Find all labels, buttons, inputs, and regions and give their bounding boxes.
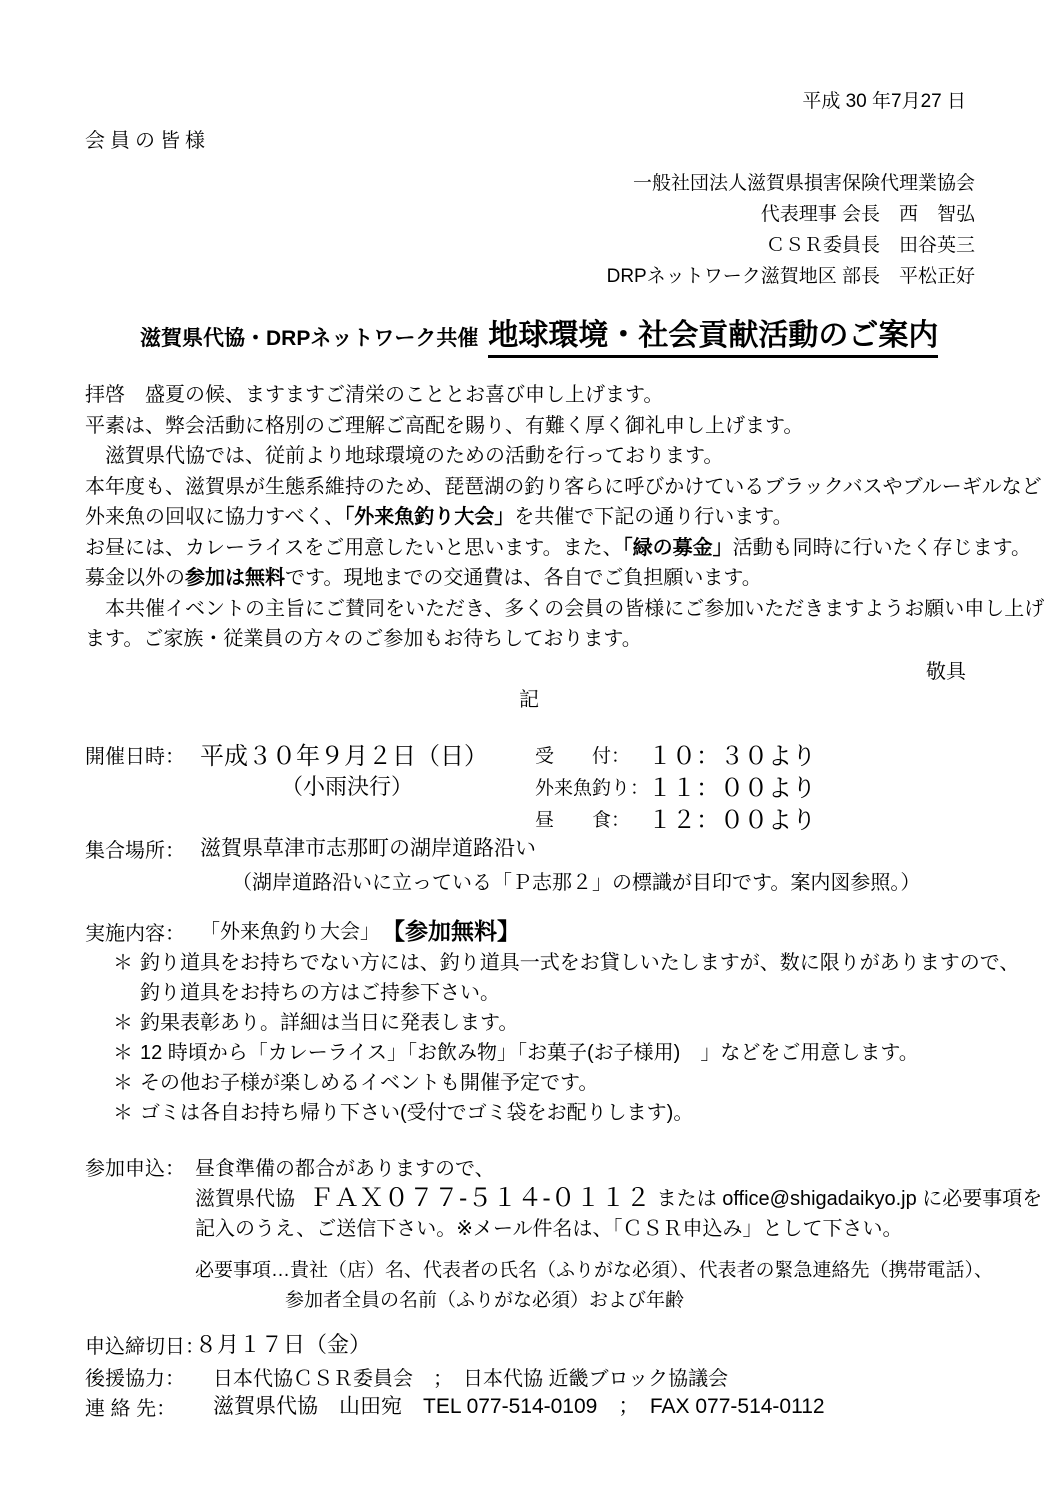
required-items-line-2: 参加者全員の名前（ふりがな必須）および年齢 — [285, 1285, 684, 1312]
application-line-2: 滋賀県代協 ＦＡＸ０７７-５１４-０１１２ または office@shigada… — [195, 1178, 1042, 1214]
contents-event-name: 「外来魚釣り大会」 — [200, 915, 380, 944]
title-prefix: 滋賀県代協・DRPネットワーク共催 — [140, 322, 478, 352]
schedule-date: 平成３０年９月２日（日） — [200, 736, 488, 771]
sender-drp-chief: DRPネットワーク滋賀地区 部長 平松正好 — [607, 261, 975, 292]
document-date: 平成 30 年7月27 日 — [802, 86, 966, 113]
body-text: お昼には、カレーライスをご用意したいと思います。また、 — [85, 537, 623, 559]
support-value: 日本代協ＣＳＲ委員会 ； 日本代協 近畿ブロック協議会 — [213, 1362, 728, 1391]
body-text: を共催で下記の通り行います。 — [514, 506, 792, 528]
body-text: です。現地までの交通費は、各自でご負担願います。 — [285, 567, 762, 589]
schedule-time-label-reception: 受 付： — [535, 741, 630, 768]
body-text: 募金以外の — [85, 567, 185, 589]
free-participation-bold: 参加は無料 — [185, 567, 285, 589]
greeting-paragraph: 拝啓 盛夏の候、ますますご清栄のこととお喜び申し上げます。 平素は、弊会活動に格… — [85, 380, 1044, 655]
bullet-item: ＊釣果表彰あり。詳細は当日に発表します。 — [113, 1008, 1019, 1038]
bullet-text: 釣り道具をお持ちの方はご持参下さい。 — [140, 982, 500, 1004]
record-marker: 記 — [0, 683, 1058, 712]
sender-block: 一般社団法人滋賀県損害保険代理業協会 代表理事 会長 西 智弘 ＣＳＲ委員長 田… — [607, 168, 975, 292]
body-line: 本共催イベントの主旨にご賛同をいただき、多くの会員の皆様にご参加いただきますよう… — [85, 594, 1044, 625]
schedule-time-value-lunch: １２：００より — [648, 800, 816, 835]
bullet-text: ゴミは各自お持ち帰り下さい(受付でゴミ袋をお配りします)。 — [140, 1102, 693, 1124]
schedule-label: 開催日時： — [85, 740, 185, 769]
sender-chairman: 代表理事 会長 西 智弘 — [607, 199, 975, 230]
body-line: 平素は、弊会活動に格別のご理解ご高配を賜り、有難く厚く御礼申し上げます。 — [85, 411, 1044, 442]
bullet-item: ＊釣り道具をお持ちでない方には、釣り道具一式をお貸しいたしますが、数に限りがあり… — [113, 948, 1019, 978]
body-line: 外来魚の回収に協力すべく、「外来魚釣り大会」を共催で下記の通り行います。 — [85, 502, 1044, 533]
application-email-text: または office@shigadaikyo.jp に必要事項を — [657, 1182, 1043, 1211]
application-label: 参加申込： — [85, 1152, 185, 1181]
body-text: 外来魚の回収に協力すべく、 — [85, 506, 344, 528]
schedule-time-label-lunch: 昼 食： — [535, 805, 630, 832]
support-label: 後援協力： — [85, 1362, 185, 1391]
deadline-value: ８月１７日（金） — [195, 1328, 371, 1359]
meeting-place-note: （湖岸道路沿いに立っている「Ｐ志那２」の標識が目印です。案内図参照。） — [232, 866, 920, 895]
recipient-line: 会員の皆様 — [85, 124, 210, 153]
bullet-item-continuation: 釣り道具をお持ちの方はご持参下さい。 — [113, 978, 1019, 1008]
bullet-item: ＊その他お子様が楽しめるイベントも開催予定です。 — [113, 1068, 1019, 1098]
body-text: 活動も同時に行いたく存じます。 — [733, 537, 1031, 559]
bullet-marker: ＊ — [113, 1098, 140, 1128]
required-items-line-1: 必要事項…貴社（店）名、代表者の氏名（ふりがな必須）、代表者の緊急連絡先（携帯電… — [195, 1255, 993, 1282]
bullet-marker: ＊ — [113, 1068, 140, 1098]
free-participation-badge: 【参加無料】 — [382, 913, 520, 946]
closing-word: 敬具 — [926, 655, 966, 684]
body-line: お昼には、カレーライスをご用意したいと思います。また、「緑の募金」活動も同時に行… — [85, 533, 1044, 564]
application-org: 滋賀県代協 — [195, 1182, 295, 1211]
contents-label: 実施内容： — [85, 917, 185, 946]
schedule-time-value-reception: １０：３０より — [648, 736, 816, 771]
schedule-rain-note: （小雨決行） — [281, 770, 413, 801]
body-line: 募金以外の参加は無料です。現地までの交通費は、各自でご負担願います。 — [85, 563, 1044, 594]
contact-label: 連 絡 先： — [85, 1392, 176, 1421]
body-line: 滋賀県代協では、従前より地球環境のための活動を行っております。 — [85, 441, 1044, 472]
bullet-text: 12 時頃から「カレーライス」「お飲み物」「お菓子(お子様用) 」などをご用意し… — [140, 1042, 919, 1064]
body-line: 本年度も、滋賀県が生態系維持のため、琵琶湖の釣り客らに呼びかけているブラックバス… — [85, 472, 1044, 503]
bullet-item: ＊ゴミは各自お持ち帰り下さい(受付でゴミ袋をお配りします)。 — [113, 1098, 1019, 1128]
green-fund-bold: 「緑の募金」 — [623, 537, 733, 559]
event-title: 滋賀県代協・DRPネットワーク共催 地球環境・社会貢献活動のご案内 — [140, 310, 938, 358]
application-line-3: 記入のうえ、ご送信下さい。※メール件名は、「ＣＳＲ申込み」として下さい。 — [195, 1212, 903, 1241]
contents-value: 「外来魚釣り大会」 【参加無料】 — [200, 913, 520, 946]
body-line: 拝啓 盛夏の候、ますますご清栄のこととお喜び申し上げます。 — [85, 380, 1044, 411]
bullet-marker: ＊ — [113, 1038, 140, 1068]
application-line-1: 昼食準備の都合がありますので、 — [195, 1152, 495, 1181]
meeting-place-label: 集合場所： — [85, 834, 185, 863]
bullet-marker: ＊ — [113, 948, 140, 978]
schedule-time-label-fishing: 外来魚釣り： — [535, 773, 649, 800]
meeting-place-value: 滋賀県草津市志那町の湖岸道路沿い — [200, 832, 536, 862]
bullet-item: ＊12 時頃から「カレーライス」「お飲み物」「お菓子(お子様用) 」などをご用意… — [113, 1038, 1019, 1068]
bullet-list: ＊釣り道具をお持ちでない方には、釣り道具一式をお貸しいたしますが、数に限りがあり… — [113, 948, 1019, 1128]
title-main: 地球環境・社会貢献活動のご案内 — [488, 310, 938, 358]
schedule-time-value-fishing: １１：００より — [648, 768, 816, 803]
deadline-label: 申込締切日： — [85, 1330, 205, 1359]
bullet-text: その他お子様が楽しめるイベントも開催予定です。 — [140, 1072, 598, 1094]
bullet-text: 釣り道具をお持ちでない方には、釣り道具一式をお貸しいたしますが、数に限りがありま… — [140, 952, 1019, 974]
event-name-bold: 「外来魚釣り大会」 — [344, 506, 514, 528]
bullet-text: 釣果表彰あり。詳細は当日に発表します。 — [140, 1012, 518, 1034]
bullet-marker: ＊ — [113, 1008, 140, 1038]
document-page: 平成 30 年7月27 日 会員の皆様 一般社団法人滋賀県損害保険代理業協会 代… — [0, 0, 1058, 1497]
fax-number: ＦＡＸ０７７-５１４-０１１２ — [309, 1178, 651, 1214]
sender-organization: 一般社団法人滋賀県損害保険代理業協会 — [607, 168, 975, 199]
sender-csr-chief: ＣＳＲ委員長 田谷英三 — [607, 230, 975, 261]
contact-value: 滋賀県代協 山田宛 TEL 077-514-0109 ； FAX 077-514… — [213, 1390, 825, 1420]
body-line: ます。ご家族・従業員の方々のご参加もお待ちしております。 — [85, 624, 1044, 655]
